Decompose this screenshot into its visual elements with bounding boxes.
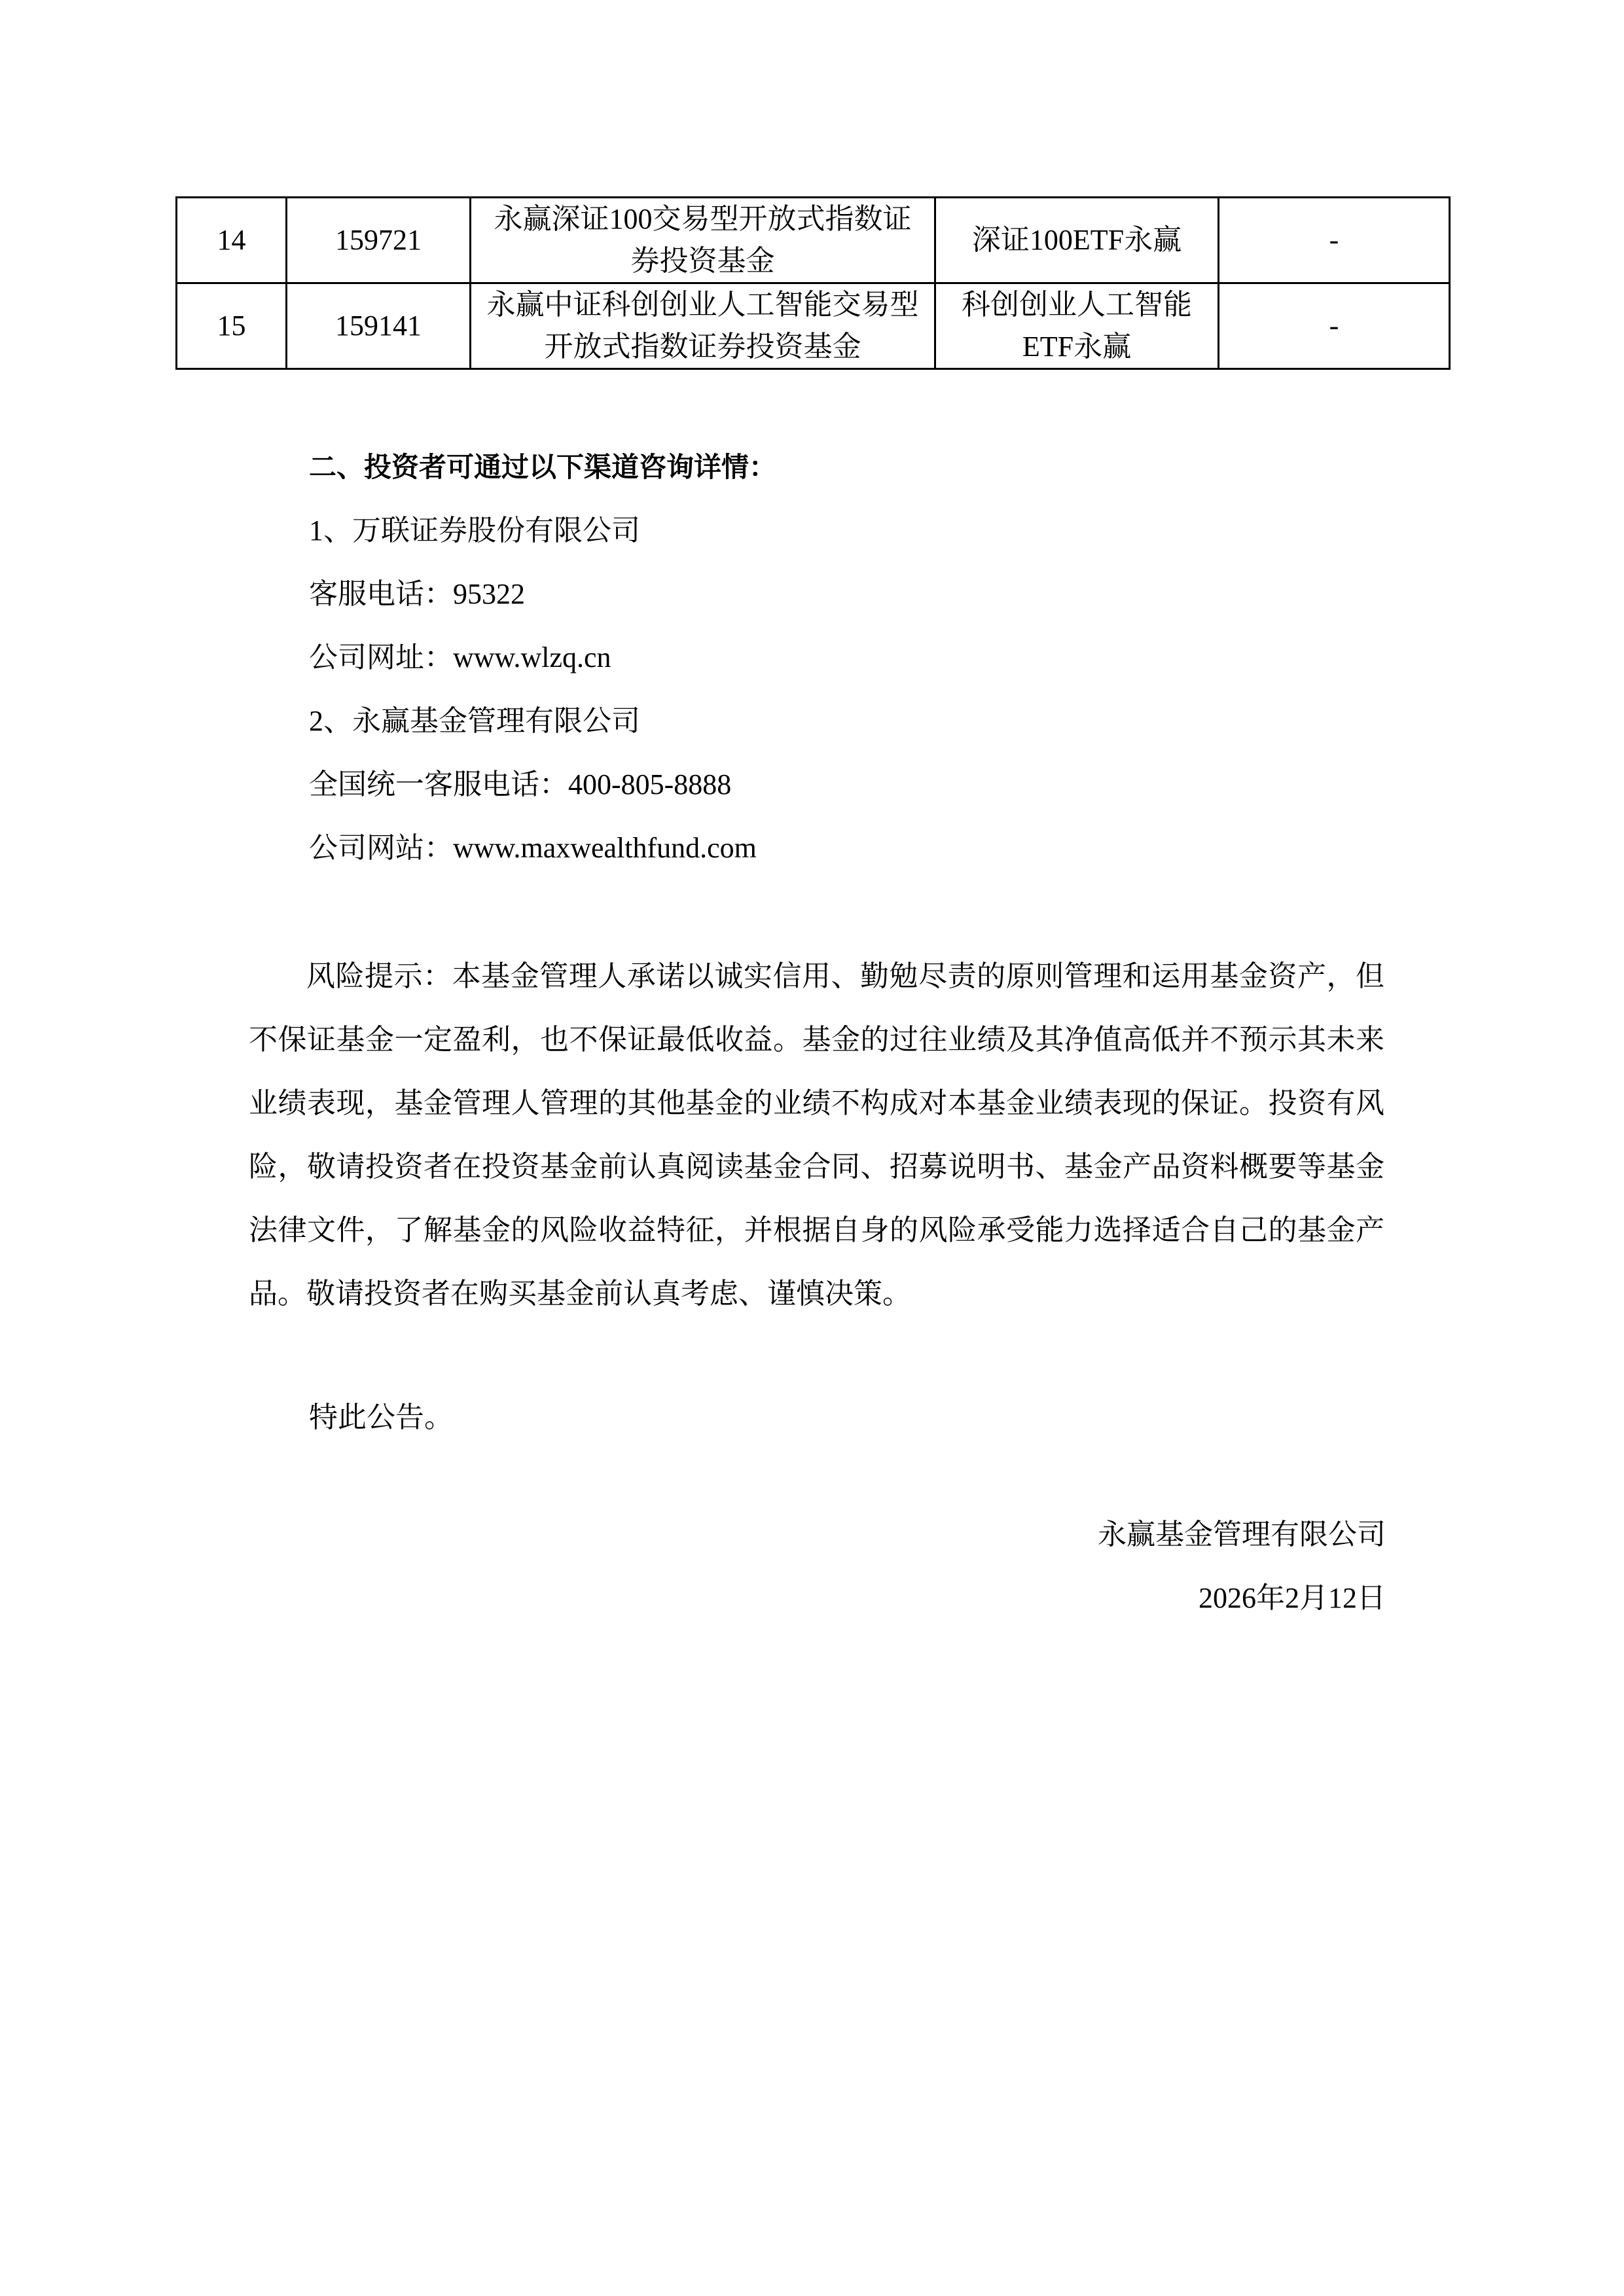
cell-note: - xyxy=(1219,198,1450,283)
table-row: 15 159141 永赢中证科创创业人工智能交易型开放式指数证券投资基金 科创创… xyxy=(177,283,1450,369)
closing-statement: 特此公告。 xyxy=(309,1398,453,1437)
cell-code: 159141 xyxy=(287,283,471,369)
cell-short-name: 深证100ETF永赢 xyxy=(935,198,1219,283)
signature-company: 永赢基金管理有限公司 xyxy=(1098,1515,1386,1554)
cell-index: 15 xyxy=(177,283,287,369)
cell-note: - xyxy=(1219,283,1450,369)
contact-2-title: 2、永赢基金管理有限公司 xyxy=(309,702,640,741)
contacts-heading: 二、投资者可通过以下渠道咨询详情： xyxy=(309,448,776,487)
document-page: 14 159721 永赢深证100交易型开放式指数证券投资基金 深证100ETF… xyxy=(0,0,1624,2296)
cell-fund-name: 永赢深证100交易型开放式指数证券投资基金 xyxy=(471,198,935,283)
cell-short-name: 科创创业人工智能ETF永赢 xyxy=(935,283,1219,369)
cell-fund-name: 永赢中证科创创业人工智能交易型开放式指数证券投资基金 xyxy=(471,283,935,369)
contact-1-phone: 客服电话：95322 xyxy=(309,575,525,614)
contact-2-phone: 全国统一客服电话：400-805-8888 xyxy=(309,765,731,804)
cell-index: 14 xyxy=(177,198,287,283)
contact-2-website: 公司网站：www.maxwealthfund.com xyxy=(309,829,757,868)
table-row: 14 159721 永赢深证100交易型开放式指数证券投资基金 深证100ETF… xyxy=(177,198,1450,283)
signature-date: 2026年2月12日 xyxy=(1199,1579,1386,1618)
contact-1-website: 公司网址：www.wlzq.cn xyxy=(309,638,611,677)
fund-table: 14 159721 永赢深证100交易型开放式指数证券投资基金 深证100ETF… xyxy=(175,196,1451,370)
risk-notice: 风险提示：本基金管理人承诺以诚实信用、勤勉尽责的原则管理和运用基金资产，但不保证… xyxy=(249,944,1384,1325)
contact-1-title: 1、万联证券股份有限公司 xyxy=(309,511,640,550)
cell-code: 159721 xyxy=(287,198,471,283)
